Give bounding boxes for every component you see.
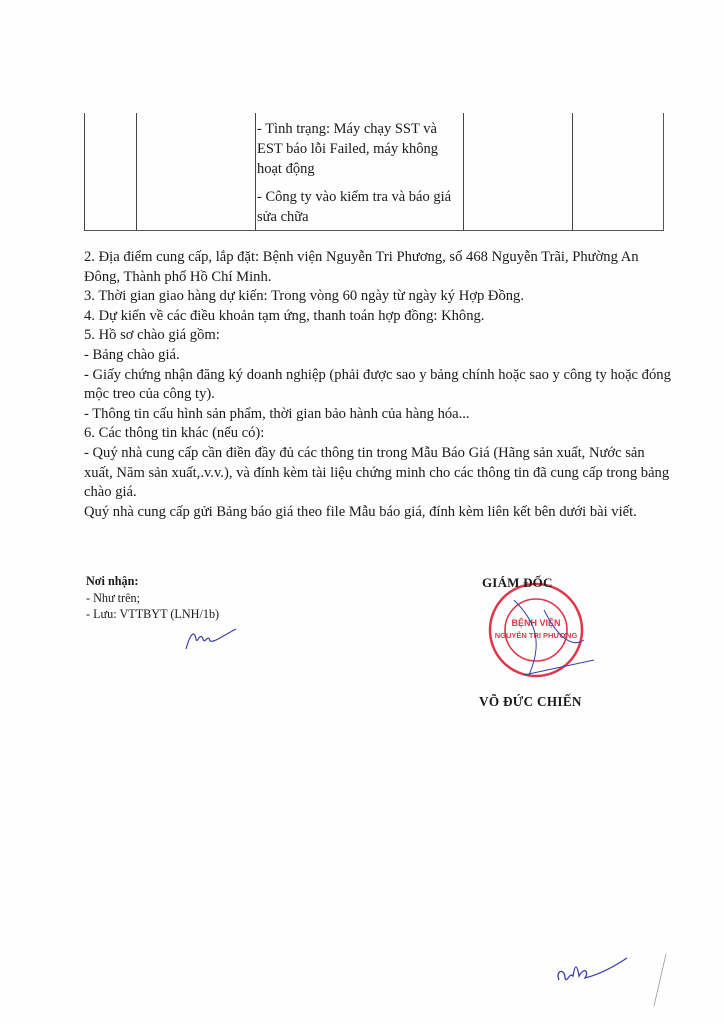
dossier-business-cert: - Giấy chứng nhận đăng ký doanh nghiệp (… [84, 366, 674, 405]
other-info-instructions: - Quý nhà cung cấp cần điền đầy đủ các t… [84, 444, 674, 503]
dossier-product-info: - Thông tin cấu hình sản phẩm, thời gian… [84, 405, 674, 425]
table-description-cell: - Tình trạng: Máy chạy SST và EST báo lỗ… [257, 119, 462, 235]
recipient-item: - Như trên; [86, 590, 219, 607]
recipients-block: Nơi nhận: - Như trên; - Lưu: VTTBYT (LNH… [86, 573, 219, 623]
signatory-name: VÕ ĐỨC CHIẾN [479, 694, 582, 710]
item-delivery-time: 3. Thời gian giao hàng dự kiến: Trong vò… [84, 287, 674, 307]
dossier-quote-table: - Bảng chào giá. [84, 346, 674, 366]
document-page: - Tình trạng: Máy chạy SST và EST báo lỗ… [0, 0, 724, 1024]
item-other-info-heading: 6. Các thông tin khác (nếu có): [84, 424, 674, 444]
table-column-divider [463, 113, 464, 230]
table-fragment: - Tình trạng: Máy chạy SST và EST báo lỗ… [84, 113, 664, 231]
page-initial-signature-icon [555, 950, 635, 990]
signatory-title: GIÁM ĐỐC [482, 575, 553, 591]
item-payment-terms: 4. Dự kiến về các điều khoản tạm ứng, th… [84, 307, 674, 327]
official-stamp-icon: BỆNH VIỆN NGUYỄN TRI PHƯƠNG [474, 580, 598, 680]
recipients-title: Nơi nhận: [86, 573, 219, 590]
table-column-divider [572, 113, 573, 230]
item-delivery-location: 2. Địa điểm cung cấp, lắp đặt: Bệnh viện… [84, 248, 674, 287]
table-column-divider [255, 113, 256, 230]
table-column-divider [136, 113, 137, 230]
condition-text: - Tình trạng: Máy chạy SST và EST báo lỗ… [257, 119, 462, 179]
action-text: - Công ty vào kiểm tra và báo giá sửa ch… [257, 187, 462, 227]
document-body: 2. Địa điểm cung cấp, lắp đặt: Bệnh viện… [84, 248, 674, 522]
submission-note: Quý nhà cung cấp gửi Bảng báo giá theo f… [84, 503, 674, 523]
recipient-item: - Lưu: VTTBYT (LNH/1b) [86, 606, 219, 623]
initial-signature-icon [180, 625, 240, 655]
pen-mark-icon [650, 950, 670, 1010]
item-dossier-heading: 5. Hồ sơ chào giá gồm: [84, 326, 674, 346]
